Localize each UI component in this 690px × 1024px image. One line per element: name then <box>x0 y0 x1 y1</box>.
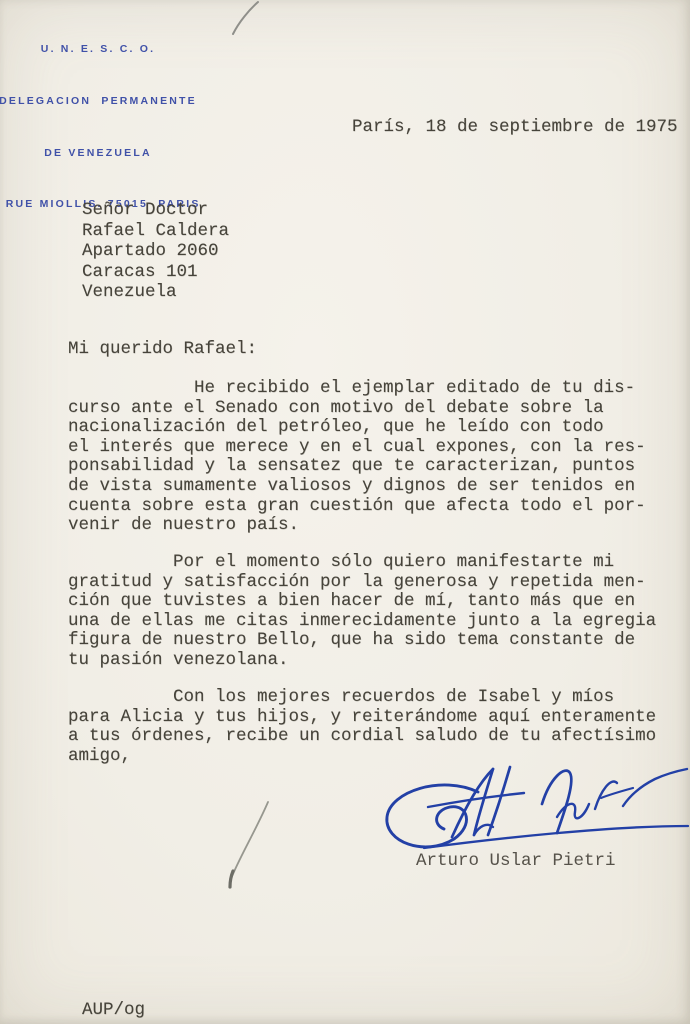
body-paragraph-1: He recibido el ejemplar editado de tu di… <box>68 379 646 536</box>
letter-page: U. N. E. S. C. O. DELEGACION PERMANENTE … <box>0 0 690 1024</box>
reference-initials: AUP/og <box>82 1001 145 1021</box>
scratch-mark-top-icon <box>225 0 270 45</box>
letterhead-line-country: DE VENEZUELA <box>0 145 229 162</box>
signature-typed-name: Arturo Uslar Pietri <box>416 852 616 872</box>
handwritten-signature <box>370 762 690 862</box>
letterhead-line-unesco: U. N. E. S. C. O. <box>0 41 229 58</box>
body-paragraph-2: Por el momento sólo quiero manifestarte … <box>68 553 656 671</box>
scratch-mark-middle-icon <box>220 795 280 895</box>
salutation: Mi querido Rafael: <box>68 340 257 360</box>
letterhead-line-delegation: DELEGACION PERMANENTE <box>0 93 229 110</box>
body-paragraph-3: Con los mejores recuerdos de Isabel y mí… <box>68 688 656 766</box>
recipient-address: Señor Doctor Rafael Caldera Apartado 206… <box>82 200 229 303</box>
date-line: París, 18 de septiembre de 1975 <box>352 118 678 138</box>
